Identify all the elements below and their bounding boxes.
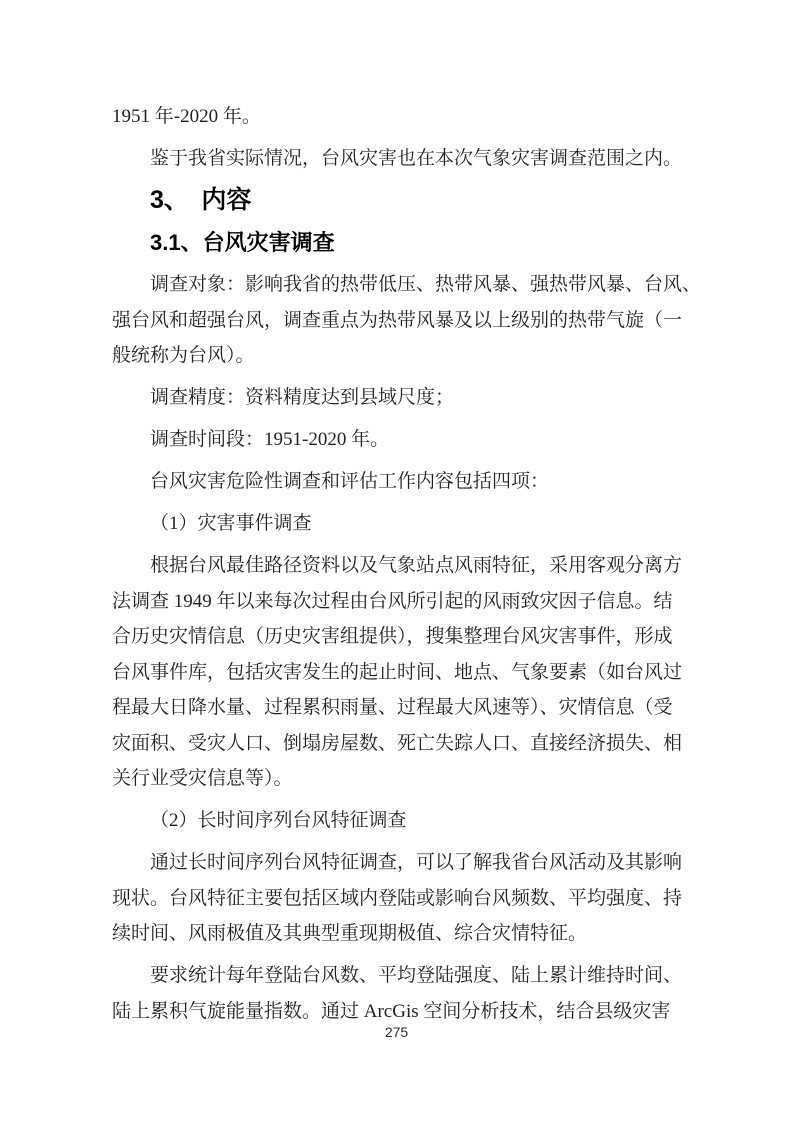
body-line: 1951 年-2020 年。	[112, 99, 685, 135]
body-line: 合历史灾情信息（历史灾害组提供），搜集整理台风灾害事件，形成	[112, 619, 685, 655]
body-line: 台风事件库，包括灾害发生的起止时间、地点、气象要素（如台风过	[112, 655, 685, 691]
body-line: 调查对象：影响我省的热带低压、热带风暴、强热带风暴、台风、	[112, 267, 685, 303]
body-line: 般统称为台风）。	[112, 338, 685, 374]
heading-section-3-1: 3.1、台风灾害调查	[112, 225, 685, 261]
body-line: 续时间、风雨极值及其典型重现期极值、综合灾情特征。	[112, 916, 685, 952]
heading-section-3: 3、 内容	[112, 183, 685, 219]
body-line: 通过长时间序列台风特征调查，可以了解我省台风活动及其影响	[112, 845, 685, 881]
body-line: 台风灾害危险性调查和评估工作内容包括四项：	[112, 464, 685, 500]
body-line: 根据台风最佳路径资料以及气象站点风雨特征，采用客观分离方	[112, 548, 685, 584]
body-line: 强台风和超强台风，调查重点为热带风暴及以上级别的热带气旋（一	[112, 303, 685, 339]
list-item-1-heading: （1）灾害事件调查	[112, 506, 685, 542]
body-line: 关行业受灾信息等）。	[112, 761, 685, 797]
body-line: 法调查 1949 年以来每次过程由台风所引起的风雨致灾因子信息。结	[112, 584, 685, 620]
list-item-2-heading: （2）长时间序列台风特征调查	[112, 803, 685, 839]
document-page: 1951 年-2020 年。 鉴于我省实际情况，台风灾害也在本次气象灾害调查范围…	[0, 0, 793, 1122]
page-number: 275	[0, 1024, 793, 1040]
document-content: 1951 年-2020 年。 鉴于我省实际情况，台风灾害也在本次气象灾害调查范围…	[0, 0, 793, 1029]
body-line: 要求统计每年登陆台风数、平均登陆强度、陆上累计维持时间、	[112, 958, 685, 994]
body-line: 调查时间段：1951-2020 年。	[112, 422, 685, 458]
body-line: 灾面积、受灾人口、倒塌房屋数、死亡失踪人口、直接经济损失、相	[112, 726, 685, 762]
body-line: 现状。台风特征主要包括区域内登陆或影响台风频数、平均强度、持	[112, 881, 685, 917]
body-line: 调查精度：资料精度达到县域尺度；	[112, 380, 685, 416]
body-line: 程最大日降水量、过程累积雨量、过程最大风速等）、灾情信息（受	[112, 690, 685, 726]
body-line: 鉴于我省实际情况，台风灾害也在本次气象灾害调查范围之内。	[112, 141, 685, 177]
